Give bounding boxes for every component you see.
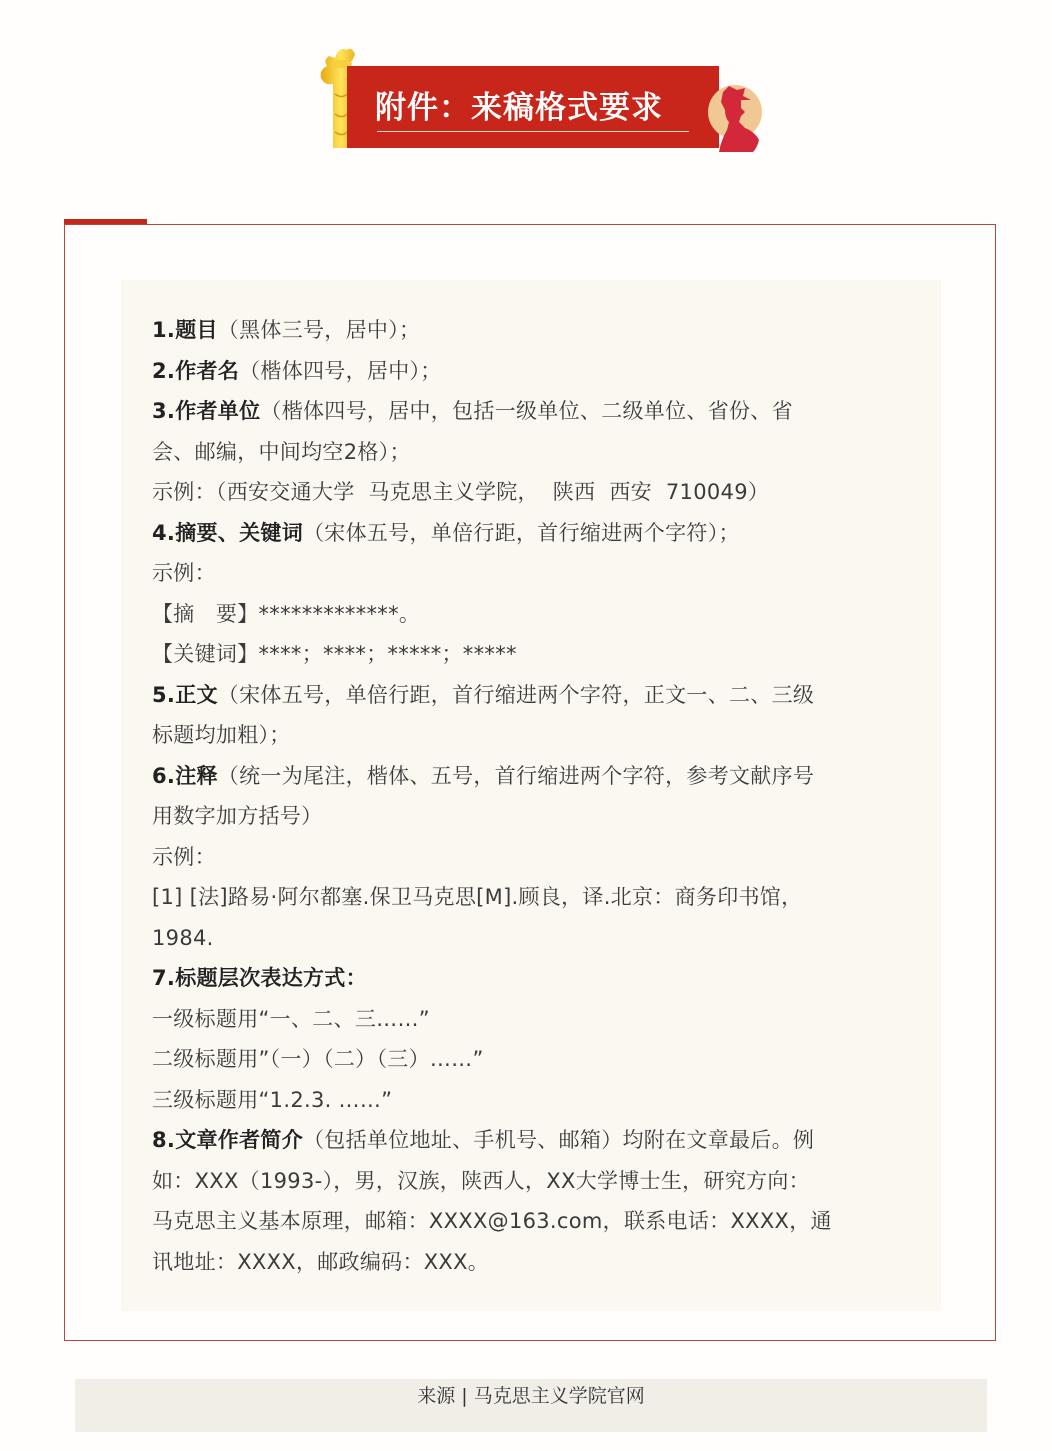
list-item: 马克思主义基本原理，邮箱：XXXX@163.com，联系电话：XXXX，通: [152, 1201, 911, 1242]
list-item: 8.文章作者简介（包括单位地址、手机号、邮箱）均附在文章最后。例: [152, 1120, 911, 1161]
list-item: 6.注释（统一为尾注，楷体、五号，首行缩进两个字符，参考文献序号: [152, 756, 911, 797]
list-item: 标题均加粗）；: [152, 715, 911, 756]
list-item: 1.题目（黑体三号，居中）；: [152, 310, 911, 351]
banner-underline: [377, 131, 689, 132]
list-item: 一级标题用“一、二、三……”: [152, 999, 911, 1040]
list-item: 二级标题用”（一）（二）（三）……”: [152, 1039, 911, 1080]
soldier-silhouette-icon: [707, 78, 763, 152]
header-banner: 附件：来稿格式要求: [305, 44, 765, 152]
list-item: 3.作者单位（楷体四号，居中，包括一级单位、二级单位、省份、省: [152, 391, 911, 432]
list-item: 【摘 要】*************。: [152, 594, 911, 635]
list-item: 讯地址：XXXX，邮政编码：XXX。: [152, 1242, 911, 1283]
list-item: 会、邮编，中间均空2格）；: [152, 432, 911, 473]
list-item: [1] [法]路易·阿尔都塞.保卫马克思[M].顾良，译.北京：商务印书馆，: [152, 877, 911, 918]
list-item: 1984.: [152, 918, 911, 959]
page-title: 附件：来稿格式要求: [375, 82, 663, 127]
list-item: 2.作者名（楷体四号，居中）；: [152, 351, 911, 392]
list-item: 【关键词】****；****；*****；*****: [152, 634, 911, 675]
list-item: 如：XXX（1993-），男，汉族，陕西人，XX大学博士生，研究方向：: [152, 1161, 911, 1202]
list-item: 7.标题层次表达方式：: [152, 958, 911, 999]
list-item: 5.正文（宋体五号，单倍行距，首行缩进两个字符，正文一、二、三级: [152, 675, 911, 716]
source-text: 来源 | 马克思主义学院官网: [417, 1385, 644, 1407]
list-item: 用数字加方括号）: [152, 796, 911, 837]
source-footer: 来源 | 马克思主义学院官网: [75, 1379, 987, 1432]
list-item: 4.摘要、关键词（宋体五号，单倍行距，首行缩进两个字符）；: [152, 513, 911, 554]
list-item: 示例：: [152, 553, 911, 594]
list-item: 示例：: [152, 837, 911, 878]
list-item: 示例：（西安交通大学 马克思主义学院， 陕西 西安 710049）: [152, 472, 911, 513]
requirements-list: 1.题目（黑体三号，居中）； 2.作者名（楷体四号，居中）； 3.作者单位（楷体…: [121, 280, 941, 1311]
list-item: 三级标题用“1.2.3. ……”: [152, 1080, 911, 1121]
